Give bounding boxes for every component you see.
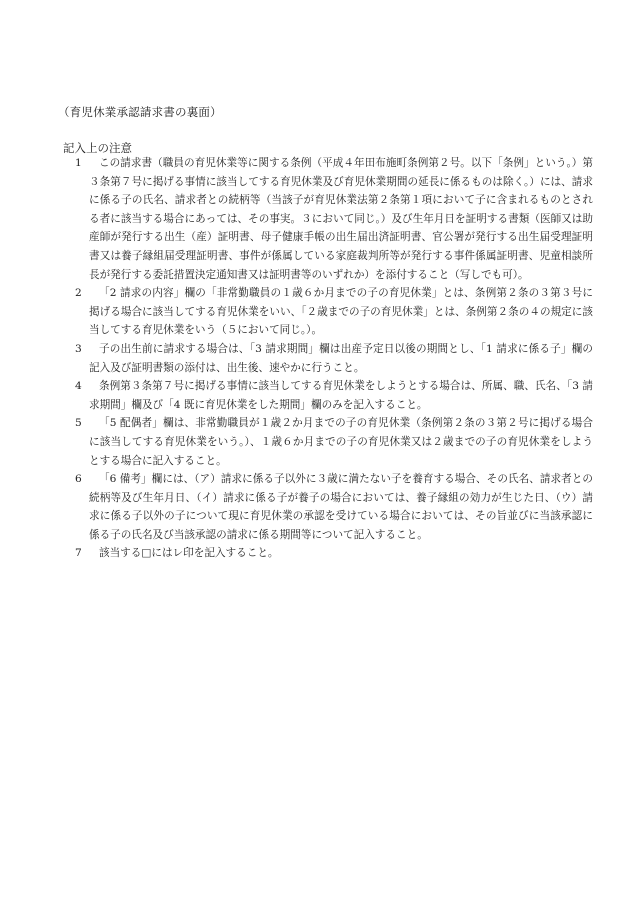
note-number: 5 — [75, 414, 82, 433]
note-text: 「2 請求の内容」欄の「非常勤職員の１歳６か月までの子の育児休業」とは、条例第２… — [89, 284, 593, 340]
note-item: 4 条例第３条第７号に掲げる事情に該当してする育児休業をしようとする場合は、所属… — [63, 377, 593, 414]
note-number: 2 — [75, 284, 82, 303]
note-text: 条例第３条第７号に掲げる事情に該当してする育児休業をしようとする場合は、所属、職… — [89, 377, 593, 414]
note-item: 3 子の出生前に請求する場合は、「3 請求期間」欄は出産予定日以後の期間とし、「… — [63, 340, 593, 377]
note-item: 5 「5 配偶者」欄は、非常勤職員が１歳２か月までの子の育児休業（条例第２条の３… — [63, 414, 593, 470]
note-text: 「5 配偶者」欄は、非常勤職員が１歳２か月までの子の育児休業（条例第２条の３第２… — [89, 414, 593, 470]
note-item: 6 「6 備考」欄には、（ア）請求に係る子以外に３歳に満たない子を養育する場合、… — [63, 470, 593, 544]
note-number: 7 — [75, 544, 82, 563]
note-text: この請求書（職員の育児休業等に関する条例（平成４年田布施町条例第２号。以下「条例… — [89, 154, 593, 284]
note-text: 子の出生前に請求する場合は、「3 請求期間」欄は出産予定日以後の期間とし、「1 … — [89, 340, 593, 377]
note-number: 4 — [75, 377, 82, 396]
note-item: 2 「2 請求の内容」欄の「非常勤職員の１歳６か月までの子の育児休業」とは、条例… — [63, 284, 593, 340]
note-text: 「6 備考」欄には、（ア）請求に係る子以外に３歳に満たない子を養育する場合、その… — [89, 470, 593, 544]
note-item: 1 この請求書（職員の育児休業等に関する条例（平成４年田布施町条例第２号。以下「… — [63, 154, 593, 284]
note-number: 6 — [75, 470, 82, 489]
document-page: （育児休業承認請求書の裏面） 記入上の注意 1 この請求書（職員の育児休業等に関… — [0, 0, 630, 903]
note-text: 該当する□にはレ印を記入すること。 — [89, 544, 593, 563]
note-number: 3 — [75, 340, 82, 359]
note-item: 7 該当する□にはレ印を記入すること。 — [63, 544, 593, 563]
document-subtitle: （育児休業承認請求書の裏面） — [58, 104, 222, 120]
note-number: 1 — [75, 154, 82, 173]
notes-list: 1 この請求書（職員の育児休業等に関する条例（平成４年田布施町条例第２号。以下「… — [63, 154, 593, 563]
